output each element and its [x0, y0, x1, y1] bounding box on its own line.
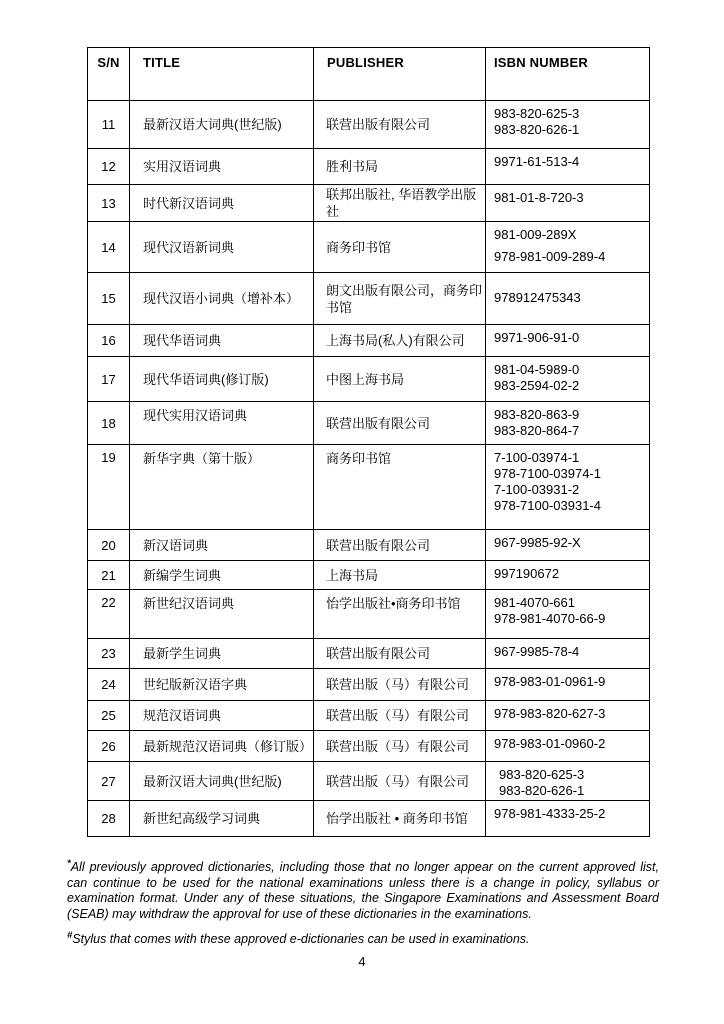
- serial-number-cell: 25: [88, 701, 130, 731]
- serial-number-cell: 15: [88, 273, 130, 325]
- isbn-value: 997190672: [494, 566, 647, 582]
- table-row: 12 实用汉语词典 胜利书局 9971-61-513-4: [88, 149, 650, 185]
- table-row: 14 现代汉语新词典 商务印书馆 981-009-289X978-981-009…: [88, 222, 650, 273]
- publisher-cell: 怡学出版社 • 商务印书馆: [314, 801, 486, 837]
- isbn-value: 978-981-4070-66-9: [494, 611, 647, 627]
- column-header-title: TITLE: [130, 48, 314, 101]
- title-cell: 新世纪汉语词典: [130, 590, 314, 639]
- serial-number-cell: 28: [88, 801, 130, 837]
- isbn-value: 981-009-289X: [494, 227, 647, 243]
- isbn-value: 981-01-8-720-3: [494, 190, 647, 206]
- approved-dictionaries-table: S/N TITLE PUBLISHER ISBN NUMBER 11 最新汉语大…: [87, 47, 650, 837]
- publisher-cell: 胜利书局: [314, 149, 486, 185]
- title-cell: 新世纪高级学习词典: [130, 801, 314, 837]
- isbn-value: 978-983-820-627-3: [494, 706, 647, 722]
- table-row: 16 现代华语词典 上海书局(私人)有限公司 9971-906-91-0: [88, 325, 650, 357]
- title-cell: 现代实用汉语词典: [130, 402, 314, 445]
- isbn-cell: 9971-906-91-0: [486, 325, 650, 357]
- serial-number-cell: 26: [88, 731, 130, 762]
- column-header-isbn: ISBN NUMBER: [486, 48, 650, 101]
- isbn-cell: 997190672: [486, 561, 650, 590]
- publisher-cell: 商务印书馆: [314, 445, 486, 530]
- serial-number-cell: 19: [88, 445, 130, 530]
- title-cell: 新编学生词典: [130, 561, 314, 590]
- table-row: 28 新世纪高级学习词典 怡学出版社 • 商务印书馆 978-981-4333-…: [88, 801, 650, 837]
- isbn-cell: 978-981-4333-25-2: [486, 801, 650, 837]
- isbn-value: 983-820-864-7: [494, 423, 647, 439]
- title-cell: 规范汉语词典: [130, 701, 314, 731]
- isbn-cell: 978912475343: [486, 273, 650, 325]
- isbn-value: 978-983-01-0960-2: [494, 736, 647, 752]
- title-cell: 最新汉语大词典(世纪版): [130, 101, 314, 149]
- isbn-value: 981-04-5989-0: [494, 362, 647, 378]
- isbn-value: 983-820-863-9: [494, 407, 647, 423]
- table-row: 22 新世纪汉语词典 怡学出版社•商务印书馆 981-4070-661978-9…: [88, 590, 650, 639]
- footnotes-section: *All previously approved dictionaries, i…: [67, 860, 659, 948]
- publisher-cell: 联营出版有限公司: [314, 639, 486, 669]
- table-row: 13 时代新汉语词典 联邦出版社, 华语教学出版社 981-01-8-720-3: [88, 185, 650, 222]
- isbn-value: 7-100-03974-1: [494, 450, 647, 466]
- publisher-cell: 朗文出版有限公司，商务印书馆: [314, 273, 486, 325]
- table-row: 23 最新学生词典 联营出版有限公司 967-9985-78-4: [88, 639, 650, 669]
- isbn-cell: 9971-61-513-4: [486, 149, 650, 185]
- table-row: 15 现代汉语小词典（增补本） 朗文出版有限公司，商务印书馆 978912475…: [88, 273, 650, 325]
- isbn-cell: 978-983-820-627-3: [486, 701, 650, 731]
- isbn-value: 978-981-4333-25-2: [494, 806, 647, 822]
- footnote-previously-approved: *All previously approved dictionaries, i…: [67, 860, 659, 922]
- table-row: 20 新汉语词典 联营出版有限公司 967-9985-92-X: [88, 530, 650, 561]
- title-cell: 时代新汉语词典: [130, 185, 314, 222]
- footnote-text: All previously approved dictionaries, in…: [67, 860, 659, 921]
- page-number: 4: [0, 954, 724, 969]
- isbn-value: 978-7100-03974-1: [494, 466, 647, 482]
- isbn-value: 983-820-625-3: [499, 767, 647, 783]
- document-page: S/N TITLE PUBLISHER ISBN NUMBER 11 最新汉语大…: [0, 0, 724, 1024]
- footnote-stylus: #Stylus that comes with these approved e…: [67, 932, 659, 948]
- isbn-value: 967-9985-78-4: [494, 644, 647, 660]
- isbn-value: 967-9985-92-X: [494, 535, 647, 551]
- isbn-cell: 981-009-289X978-981-009-289-4: [486, 222, 650, 273]
- table-row: 19 新华字典（第十版） 商务印书馆 7-100-03974-1978-7100…: [88, 445, 650, 530]
- isbn-cell: 981-04-5989-0983-2594-02-2: [486, 357, 650, 402]
- table-row: 17 现代华语词典(修订版) 中图上海书局 981-04-5989-0983-2…: [88, 357, 650, 402]
- table-row: 18 现代实用汉语词典 联营出版有限公司 983-820-863-9983-82…: [88, 402, 650, 445]
- isbn-cell: 967-9985-78-4: [486, 639, 650, 669]
- publisher-cell: 联营出版（马）有限公司: [314, 669, 486, 701]
- isbn-cell: 7-100-03974-1978-7100-03974-17-100-03931…: [486, 445, 650, 530]
- isbn-value: 978912475343: [494, 290, 647, 306]
- table-body: 11 最新汉语大词典(世纪版) 联营出版有限公司 983-820-625-398…: [88, 101, 650, 837]
- column-header-publisher: PUBLISHER: [314, 48, 486, 101]
- isbn-value: 983-820-626-1: [499, 783, 647, 799]
- serial-number-cell: 13: [88, 185, 130, 222]
- publisher-cell: 怡学出版社•商务印书馆: [314, 590, 486, 639]
- title-cell: 新华字典（第十版）: [130, 445, 314, 530]
- title-cell: 现代华语词典(修订版): [130, 357, 314, 402]
- table-row: 27 最新汉语大词典(世纪版) 联营出版（马）有限公司 983-820-625-…: [88, 762, 650, 801]
- table-row: 21 新编学生词典 上海书局 997190672: [88, 561, 650, 590]
- title-cell: 新汉语词典: [130, 530, 314, 561]
- isbn-value: 983-2594-02-2: [494, 378, 647, 394]
- isbn-value: 9971-61-513-4: [494, 154, 647, 170]
- publisher-cell: 上海书局: [314, 561, 486, 590]
- isbn-cell: 983-820-625-3983-820-626-1: [486, 101, 650, 149]
- title-cell: 现代华语词典: [130, 325, 314, 357]
- publisher-cell: 联营出版（马）有限公司: [314, 762, 486, 801]
- title-cell: 现代汉语新词典: [130, 222, 314, 273]
- serial-number-cell: 20: [88, 530, 130, 561]
- column-header-sn: S/N: [88, 48, 130, 101]
- title-cell: 世纪版新汉语字典: [130, 669, 314, 701]
- publisher-cell: 联营出版有限公司: [314, 101, 486, 149]
- isbn-value: 978-983-01-0961-9: [494, 674, 647, 690]
- isbn-value: 978-7100-03931-4: [494, 498, 647, 514]
- publisher-cell: 联营出版有限公司: [314, 530, 486, 561]
- isbn-cell: 967-9985-92-X: [486, 530, 650, 561]
- table-row: 11 最新汉语大词典(世纪版) 联营出版有限公司 983-820-625-398…: [88, 101, 650, 149]
- table-row: 24 世纪版新汉语字典 联营出版（马）有限公司 978-983-01-0961-…: [88, 669, 650, 701]
- publisher-cell: 商务印书馆: [314, 222, 486, 273]
- title-cell: 现代汉语小词典（增补本）: [130, 273, 314, 325]
- serial-number-cell: 24: [88, 669, 130, 701]
- title-cell: 实用汉语词典: [130, 149, 314, 185]
- isbn-value: 983-820-626-1: [494, 122, 647, 138]
- isbn-cell: 983-820-863-9983-820-864-7: [486, 402, 650, 445]
- publisher-cell: 上海书局(私人)有限公司: [314, 325, 486, 357]
- serial-number-cell: 12: [88, 149, 130, 185]
- serial-number-cell: 23: [88, 639, 130, 669]
- isbn-value: 981-4070-661: [494, 595, 647, 611]
- publisher-cell: 联营出版（马）有限公司: [314, 731, 486, 762]
- isbn-value: 9971-906-91-0: [494, 330, 647, 346]
- isbn-value: 983-820-625-3: [494, 106, 647, 122]
- publisher-cell: 联营出版（马）有限公司: [314, 701, 486, 731]
- serial-number-cell: 18: [88, 402, 130, 445]
- table-row: 25 规范汉语词典 联营出版（马）有限公司 978-983-820-627-3: [88, 701, 650, 731]
- isbn-value: 7-100-03931-2: [494, 482, 647, 498]
- footnote-text: Stylus that comes with these approved e-…: [72, 932, 529, 946]
- isbn-cell: 978-983-01-0960-2: [486, 731, 650, 762]
- isbn-cell: 978-983-01-0961-9: [486, 669, 650, 701]
- publisher-cell: 联邦出版社, 华语教学出版社: [314, 185, 486, 222]
- serial-number-cell: 27: [88, 762, 130, 801]
- serial-number-cell: 17: [88, 357, 130, 402]
- isbn-cell: 983-820-625-3983-820-626-1: [486, 762, 650, 801]
- title-cell: 最新规范汉语词典（修订版）: [130, 731, 314, 762]
- table-row: 26 最新规范汉语词典（修订版） 联营出版（马）有限公司 978-983-01-…: [88, 731, 650, 762]
- serial-number-cell: 22: [88, 590, 130, 639]
- serial-number-cell: 21: [88, 561, 130, 590]
- isbn-cell: 981-01-8-720-3: [486, 185, 650, 222]
- title-cell: 最新学生词典: [130, 639, 314, 669]
- publisher-cell: 中图上海书局: [314, 357, 486, 402]
- serial-number-cell: 14: [88, 222, 130, 273]
- isbn-cell: 981-4070-661978-981-4070-66-9: [486, 590, 650, 639]
- isbn-value: 978-981-009-289-4: [494, 249, 647, 265]
- serial-number-cell: 16: [88, 325, 130, 357]
- publisher-cell: 联营出版有限公司: [314, 402, 486, 445]
- title-cell: 最新汉语大词典(世纪版): [130, 762, 314, 801]
- table-header-row: S/N TITLE PUBLISHER ISBN NUMBER: [88, 48, 650, 101]
- serial-number-cell: 11: [88, 101, 130, 149]
